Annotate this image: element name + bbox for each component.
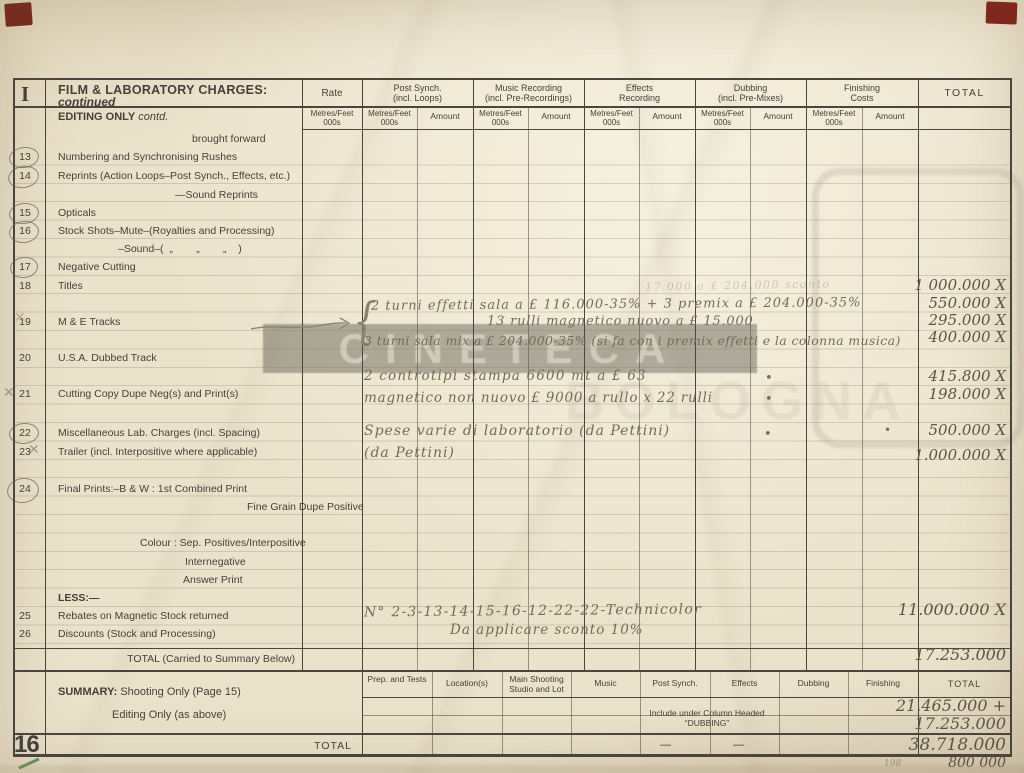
table-line [362, 78, 363, 756]
pencil-dot: • [764, 428, 772, 442]
handwritten-total-carried: 17.253.000 [856, 645, 1006, 664]
handwritten-grand-total: 38.718.000 [856, 735, 1006, 755]
handwritten-note-row22: Spese varie di laboratorio (da Pettini) [364, 424, 670, 439]
handwritten-faint-note: 17.000 a £ 204.000 sconto [645, 278, 831, 293]
total-carried-label: TOTAL (Carried to Summary Below) [115, 653, 295, 665]
summary-col-locations: Location(s) [432, 679, 502, 689]
subheader-metres: Metres/Feet000s [806, 109, 862, 127]
watermark-text-line1: CINETECA [339, 325, 682, 373]
row-label: U.S.A. Dubbed Track [58, 352, 157, 364]
column-header-post-synch: Post Synch.(incl. Loops) [362, 83, 473, 104]
row-label: —Sound Reprints [175, 189, 258, 201]
summary-editing-only: Editing Only (as above) [112, 709, 226, 722]
handwritten-amount: 198.000 X [856, 385, 1006, 403]
table-subline [528, 106, 529, 672]
page-number: 16 [14, 731, 39, 759]
table-line [45, 78, 46, 756]
column-header-effects-recording: EffectsRecording [584, 83, 695, 104]
section-marker: I [21, 82, 29, 106]
red-tape-mark-top-right [986, 1, 1018, 24]
pencil-x-23: ✕ [28, 442, 40, 458]
table-border-right [1010, 78, 1012, 756]
handwritten-note-row21-line2: magnetico non nuovo £ 9000 a rullo x 22 … [364, 391, 713, 406]
summary-heading: SUMMARY: Shooting Only (Page 15) [58, 686, 241, 699]
column-header-dubbing: Dubbing(incl. Pre-Mixes) [695, 83, 806, 104]
handwritten-note-row25: N° 2-3-13-14-15-16-12-22-22-Technicolor [364, 603, 702, 621]
handwritten-note-row23: (da Pettini) [364, 446, 455, 461]
row-number: 25 [12, 610, 38, 622]
table-line [13, 106, 1012, 108]
green-pencil-mark [18, 758, 39, 770]
subheader-amount: Amount [528, 112, 584, 122]
row-label: Negative Cutting [58, 261, 136, 273]
handwritten-amount: 1 000.000 X [856, 276, 1006, 294]
row-number: 21 [12, 388, 38, 400]
handwritten-summary-shooting-total: 21.465.000 + [856, 696, 1006, 715]
form-subtitle: continued [58, 96, 115, 110]
handwritten-amount: 400.000 X [856, 328, 1006, 346]
pencil-x-19: ✕ [14, 310, 26, 326]
dash-effects: — [733, 739, 744, 752]
summary-total-label: TOTAL [240, 740, 352, 752]
table-line [302, 78, 303, 672]
handwritten-amount: 550.000 X [856, 294, 1006, 312]
summary-col-finishing: Finishing [848, 679, 918, 689]
summary-col-post-synch: Post Synch. [640, 679, 710, 689]
less-heading: LESS:— [58, 592, 99, 604]
subheader-amount: Amount [639, 112, 695, 122]
handwritten-footer-amount: 800 000 [856, 755, 1006, 771]
handwritten-amount: 11.000.000 X [856, 600, 1006, 619]
handwritten-note-row19-line1: 2 turni effetti sala a £ 116.000-35% + 3… [371, 296, 862, 314]
include-under-dubbing-note: Include under Column Headed“DUBBING” [607, 709, 807, 729]
row-label: Trailer (incl. Interpositive where appli… [58, 446, 257, 458]
handwritten-amount: 295.000 X [856, 311, 1006, 329]
editing-only-heading: EDITING ONLY contd. [58, 111, 168, 124]
scanned-budget-form-page: CINETECA BOLOGNA I FILM & LABORATORY CHA… [0, 0, 1024, 773]
column-header-finishing: FinishingCosts [806, 83, 918, 104]
red-tape-mark-top-left [4, 2, 33, 27]
row-label: Cutting Copy Dupe Neg(s) and Print(s) [58, 388, 238, 400]
pencil-arrow [250, 316, 356, 334]
handwritten-summary-editing-total: 17.253.000 [856, 714, 1006, 733]
row-label: Answer Print [183, 574, 243, 586]
subheader-metres: Metres/Feet000s [584, 109, 639, 127]
row-label: Opticals [58, 207, 96, 219]
handwritten-note-row20: 3 turni sala mix a £ 204.000-35% (si fa … [364, 334, 901, 348]
subheader-amount: Amount [750, 112, 806, 122]
pencil-circle-24 [5, 476, 40, 505]
handwritten-amount: 500.000 X [856, 421, 1006, 439]
summary-col-effects: Effects [710, 679, 779, 689]
subheader-metres: Metres/Feet000s [302, 109, 362, 127]
table-line [302, 129, 1011, 130]
subheader-amount: Amount [862, 112, 918, 122]
subheader-amount: Amount [417, 112, 473, 122]
row-label: Titles [58, 280, 83, 292]
handwritten-note-row26: Da applicare sconto 10% [450, 623, 644, 638]
handwritten-note-row21-line1: 2 controtipi stampa 6600 mt a £ 63 [364, 369, 647, 384]
table-line [695, 78, 696, 672]
summary-col-music: Music [571, 679, 640, 689]
summary-col-total: TOTAL [918, 679, 1011, 689]
row-label: Rebates on Magnetic Stock returned [58, 610, 228, 622]
row-label: Discounts (Stock and Processing) [58, 628, 216, 640]
pencil-circle-14 [6, 163, 40, 190]
table-subline [750, 106, 751, 672]
row-number: 20 [12, 352, 38, 364]
table-subline [639, 106, 640, 672]
summary-col-main-shooting: Main Shooting Studio and Lot [502, 675, 571, 695]
row-number: 26 [12, 628, 38, 640]
column-header-rate: Rate [302, 88, 362, 100]
table-border-top [13, 78, 1012, 80]
row-label: Fine Grain Dupe Positive [247, 501, 364, 513]
row-label: –Sound–( „ „ „ ) [118, 243, 242, 255]
row-number: 18 [12, 280, 38, 292]
column-header-total: TOTAL [918, 87, 1011, 99]
table-subline [417, 106, 418, 672]
row-label: Final Prints:–B & W : 1st Combined Print [58, 483, 247, 495]
pencil-dot: • [765, 393, 773, 407]
summary-col-dubbing: Dubbing [779, 679, 848, 689]
column-header-music-recording: Music Recording(incl. Pre-Recordings) [473, 83, 584, 104]
row-label: Colour : Sep. Positives/Interpositive [140, 537, 306, 549]
row-label: Reprints (Action Loops–Post Synch., Effe… [58, 170, 290, 182]
table-line [806, 78, 807, 672]
dash-post-synch: — [660, 739, 671, 752]
row-label: Internegative [185, 556, 246, 568]
table-line [13, 670, 1012, 672]
handwritten-amount: 1.000.000 X [856, 446, 1006, 464]
handwritten-amount: 415.800 X [856, 367, 1006, 385]
subheader-metres: Metres/Feet000s [362, 109, 417, 127]
row-label: Stock Shots–Mute–(Royalties and Processi… [58, 225, 275, 237]
pencil-dot: • [765, 372, 773, 386]
row-label: Miscellaneous Lab. Charges (incl. Spacin… [58, 427, 260, 439]
pencil-x-21: ✕ [3, 385, 15, 401]
row-label: Numbering and Synchronising Rushes [58, 151, 237, 163]
subheader-metres: Metres/Feet000s [695, 109, 750, 127]
row-label: M & E Tracks [58, 316, 120, 328]
handwritten-note-row19-line2: 13 rulli magnetico nuovo a £ 15.000 [487, 315, 754, 329]
brought-forward-label: brought forward [192, 133, 266, 145]
subheader-metres: Metres/Feet000s [473, 109, 528, 127]
summary-col-prep-tests: Prep. and Tests [362, 675, 432, 685]
